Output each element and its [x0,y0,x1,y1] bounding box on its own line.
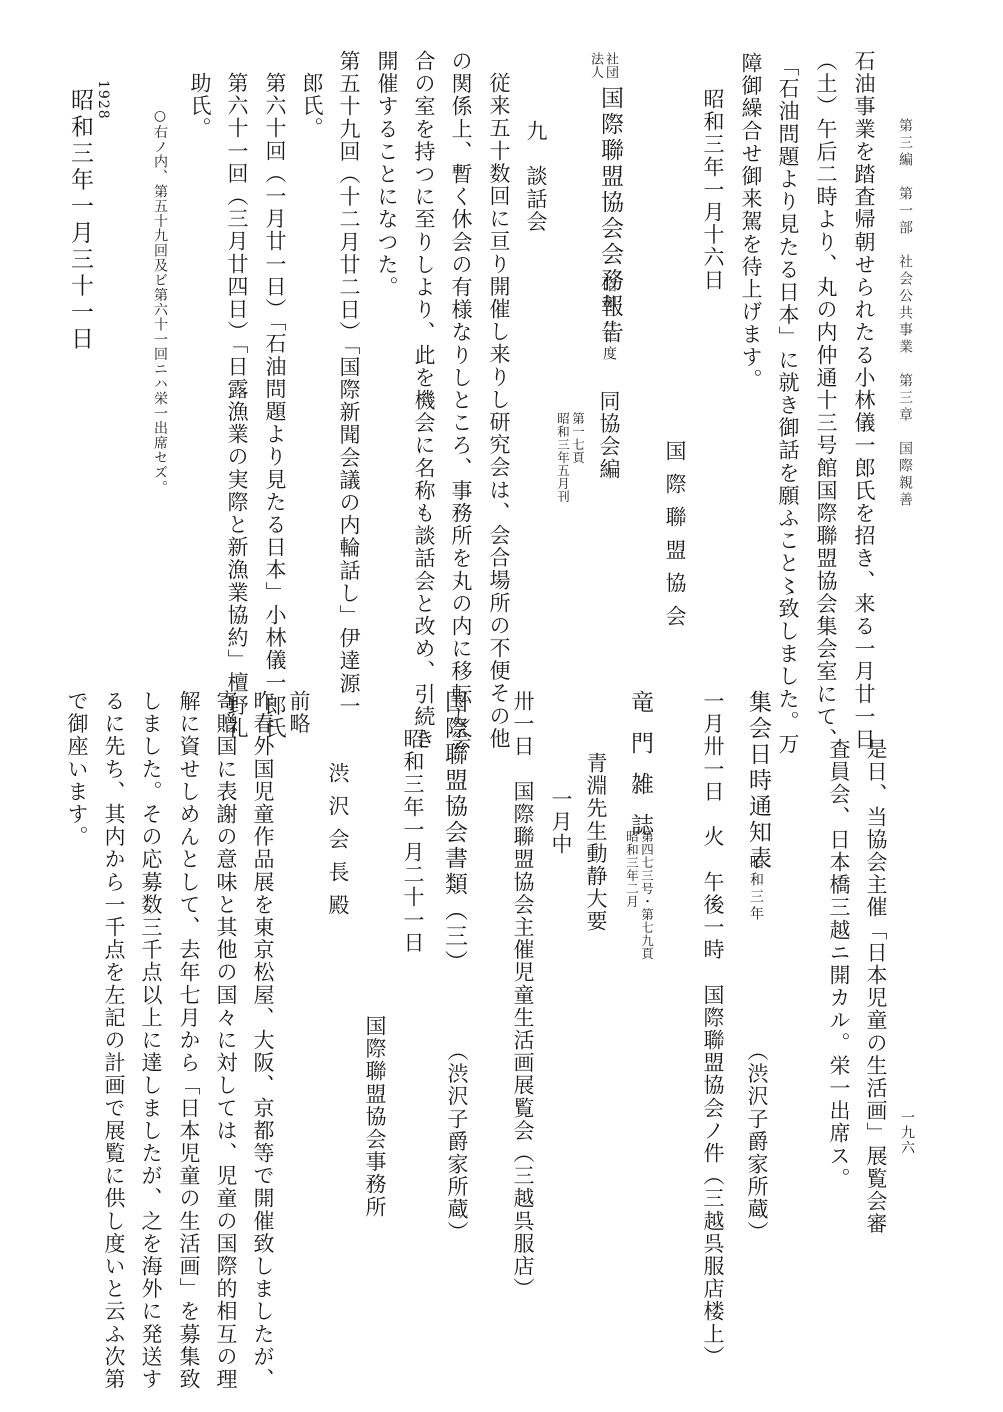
running-head: 第三編 第一部 社会公共事業 第三章 国際親善 [898,118,912,509]
page-number: 一九六 [900,1110,914,1155]
invitation-line-1: 石油事業を踏査帰朝せられたる小林儀一郎氏を招き、来る一月廿一日 [853,50,874,751]
report-pub-date: 昭和三年五月刊 [556,412,569,503]
report-pages: 第一七頁 [571,412,584,464]
report-editor: 同協会編 [598,390,619,480]
invitation-line-3: 「石油問題より見たる日本」に就き御話を願ふこと〻致しました。万 [777,55,798,756]
invitation-line-2: （土）午后二時より、丸の内仲通十三号館国際聯盟協会集会室にて、 [815,50,836,751]
documents-date: 昭和三年一月二十一日 [402,728,423,954]
document-page: 第三編 第一部 社会公共事業 第三章 国際親善 石油事業を踏査帰朝せられたる小林… [0,0,1003,1412]
meeting-notice-title: 集会日時通知表 [746,690,769,872]
session-59-cont: 郎氏。 [301,72,322,140]
letter-line-4: しました。その応募数三千点以上に達しましたが、之を海外に発送す [140,690,161,1391]
ryumon-month: 一月中 [550,788,571,856]
ryumon-subtitle: 青淵先生動静大要 [585,752,606,933]
invitation-signature: 国際聯盟協会 [664,440,685,638]
org-prefix-line-1: 社団 [603,52,618,79]
org-prefix-line-2: 法人 [588,52,603,79]
session-60: 第六十回（一月廿一日）「石油問題より見たる日本」小林儀一郎氏 [264,72,285,740]
documents-title: 国際聯盟協会書類（三） [442,690,465,976]
meeting-notice-entry: 一月卅一日 火 午後一時 国際聯盟協会ノ件（三越呉服店楼上） [702,690,723,1368]
invitation-date: 昭和三年一月十六日 [702,88,723,291]
exhibition-note-line-2: 査員会、日本橋三越ニ開カル。栄一出席ス。 [828,738,849,1190]
session-59: 第五十九回（十二月廿二日）「国際新聞会議の内輪話し」伊達源一 [338,50,359,718]
documents-source: （渋沢子爵家所蔵） [446,1040,467,1243]
attendance-note: ○右ノ内、第五十九回及ビ第六十一回ニハ栄一出席セズ。 [153,108,167,495]
letter-line-1: 昨春外国児童作品展を東京松屋、大阪、京都等で開催致しましたが、 [252,690,273,1391]
section-line-2: の関係上、暫く休会の有様なりしところ、事務所を丸の内に移転し会 [450,50,471,751]
org-prefix: 社団法人 [588,52,618,79]
session-61-cont: 助氏。 [189,72,210,140]
section-line-3: 合の室を持つに至りしより、此を機会に名称も談話会と改め、引続き [413,50,434,751]
date-heading: 昭和三年一月三十一日 [68,88,91,353]
ryumon-entry: 卅一日 国際聯盟協会主催児童生活画展覧会（三越呉服店） [512,690,533,1300]
letter-salutation: 前略 [288,690,309,735]
meeting-notice-year: 昭和三年 [749,855,763,923]
section-line-4: 開催することになつた。 [376,50,397,299]
letter-line-5: るに先ち、其内から一千点を左記の計画で展覧に供し度いと云ふ次第 [103,690,124,1391]
letter-line-6: で御座います。 [66,690,87,848]
ryumon-issue: 第四七三号・第七九頁 [640,830,653,960]
ryumon-date: 昭和三年二月 [625,830,638,908]
report-fiscal-year: 昭和二年度 [602,278,616,363]
exhibition-note-line-1: 是日、当協会主催「日本児童の生活画」展覧会審 [865,738,886,1235]
letter-line-3: 解に資せしめんとして、去年七月から「日本児童の生活画」を募集致 [178,690,199,1391]
documents-sender: 国際聯盟協会事務所 [364,1015,385,1218]
western-year: 1928 [95,80,111,120]
letter-line-2: 寄贈国に表謝の意味と其他の国々に対しては、児童の国際的相互の理 [215,690,236,1391]
invitation-line-4: 障御繰合せ御来駕を待上げます。 [740,52,761,391]
meeting-notice-source: （渋沢子爵家所蔵） [746,1040,767,1243]
section-heading: 九 談話会 [525,120,546,233]
session-61: 第六十一回（三月廿四日）「日露漁業の実際と新漁業協約」檀野礼 [226,72,247,740]
documents-addressee: 渋沢会長殿 [327,762,348,927]
section-line-1: 従来五十数回に亘り開催し来りし研究会は、会合場所の不便その他 [488,72,509,750]
